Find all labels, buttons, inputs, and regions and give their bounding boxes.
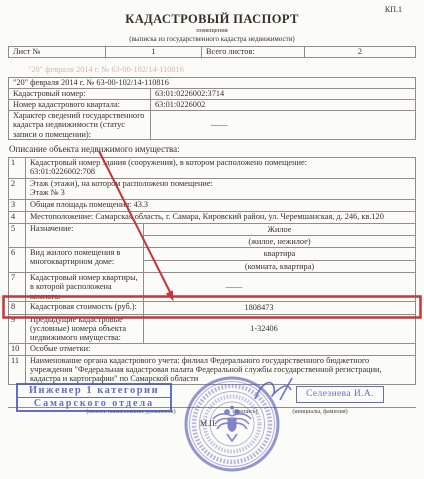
building-cadastral-number-value: 63:01:0226002:708 <box>30 167 411 176</box>
date-row: "20" февраля 2014 г. № 63-00-102/14-1108… <box>9 78 416 89</box>
row-number: 1 <box>9 158 26 179</box>
previous-numbers-value: 1-32406 <box>144 314 416 343</box>
scan-ghost-text: "20" февраля 2014 г. № 63-00-102/14-1108… <box>28 65 184 74</box>
document-title: КАДАСТРОВЫЙ ПАСПОРТ <box>0 12 424 27</box>
sheet-count-row: Лист № 1 Всего листов: 2 <box>9 47 416 58</box>
description-heading: Описание объекта недвижимого имущества: <box>9 144 180 154</box>
quarter-number-value: 63:01:0226002 <box>151 100 416 111</box>
row-number: 9 <box>9 314 26 343</box>
table-row: 3 Общая площадь помещения: 43.3 <box>9 200 416 212</box>
row-number: 3 <box>9 200 26 212</box>
table-row: 10 Особые отметки: <box>9 343 416 355</box>
table-row: 1 Кадастровый номер здания (сооружения),… <box>9 158 416 179</box>
record-status-label: Характер сведений государственного кадас… <box>9 111 151 140</box>
table-row: 7 Кадастровый номер квартиры, в которой … <box>9 273 416 302</box>
previous-numbers-label: Предыдущие кадастровые (условные) номера… <box>26 314 144 343</box>
position-stamp-line1: Инженер 1 категории <box>18 385 170 398</box>
location-text: Местоположение: Самарская область, г. Са… <box>26 212 416 224</box>
table-row: 5 Назначение: Жилое (жилое, нежилое) <box>9 224 416 248</box>
floor-cell: Этаж (этажи), на котором расположено пом… <box>26 179 416 200</box>
position-stamp: Инженер 1 категории Самарского отдела <box>16 383 172 412</box>
cadastral-number-label: Кадастровый номер: <box>9 89 151 100</box>
row-number: 2 <box>9 179 26 200</box>
table-row: 6 Вид жилого помещения в многоквартирном… <box>9 248 416 273</box>
row-number: 7 <box>9 273 26 302</box>
purpose-label: Назначение: <box>26 224 144 248</box>
cadastral-passport-scan: КП.1 КАДАСТРОВЫЙ ПАСПОРТ помещения (выпи… <box>0 0 424 479</box>
cadastral-value-amount: 1808473 <box>144 301 416 314</box>
cadastral-number-value: 63:01:0226002:3714 <box>151 89 416 100</box>
total-sheets-label: Всего листов: <box>202 47 305 58</box>
total-sheets-value: 2 <box>305 47 416 58</box>
sheet-number-value: 1 <box>106 47 202 58</box>
record-status-row: Характер сведений государственного кадас… <box>9 111 416 140</box>
cadastral-value-label: Кадастровая стоимость (руб.): <box>26 301 144 314</box>
special-notes-text: Особые отметки: <box>26 343 416 355</box>
floor-value: Этаж № 3 <box>30 188 411 197</box>
row-number: 4 <box>9 212 26 224</box>
purpose-value: Жилое <box>144 224 415 236</box>
apartment-number-value: —— <box>144 273 416 302</box>
dwelling-type-hint: (комната, квартира) <box>144 261 415 272</box>
name-stamp: Селезнева И.А. <box>296 386 384 403</box>
cadastral-number-row: Кадастровый номер: 63:01:0226002:3714 <box>9 89 416 100</box>
sheet-number-label: Лист № <box>9 47 106 58</box>
record-status-value: —— <box>151 111 416 140</box>
row-number: 6 <box>9 248 26 273</box>
building-cadastral-number-label: Кадастровый номер здания (сооружения), в… <box>30 158 411 167</box>
building-cadastral-number-cell: Кадастровый номер здания (сооружения), в… <box>26 158 416 179</box>
position-stamp-line2: Самарского отдела <box>18 398 170 410</box>
cadastral-value-row: 8 Кадастровая стоимость (руб.): 1808473 <box>9 301 416 314</box>
document-subtitle: помещения <box>0 27 424 34</box>
dwelling-type-value: квартира <box>144 248 415 261</box>
dwelling-type-value-cell: квартира (комната, квартира) <box>144 248 416 273</box>
dwelling-type-label: Вид жилого помещения в многоквартирном д… <box>26 248 144 273</box>
quarter-number-row: Номер кадастрового квартала: 63:01:02260… <box>9 100 416 111</box>
row-number: 11 <box>9 355 26 384</box>
round-seal-stamp <box>170 374 294 479</box>
row-number: 10 <box>9 343 26 355</box>
sheet-count-table: Лист № 1 Всего листов: 2 <box>8 46 416 58</box>
purpose-hint: (жилое, нежилое) <box>144 236 415 247</box>
row-number: 8 <box>9 301 26 314</box>
date-line: "20" февраля 2014 г. № 63-00-102/14-1108… <box>9 78 416 89</box>
table-row: 11 Наименование органа кадастрового учет… <box>9 355 416 384</box>
row-number: 5 <box>9 224 26 248</box>
registration-authority-text: Наименование органа кадастрового учета: … <box>26 355 416 384</box>
table-row: 9 Предыдущие кадастровые (условные) номе… <box>9 314 416 343</box>
table-row: 2 Этаж (этажи), на котором расположено п… <box>9 179 416 200</box>
apartment-number-label: Кадастровый номер квартиры, в которой ра… <box>26 273 144 302</box>
seal-place-mark: М.П. <box>200 419 217 428</box>
purpose-value-cell: Жилое (жилое, нежилое) <box>144 224 416 248</box>
object-description-table: 1 Кадастровый номер здания (сооружения),… <box>8 157 416 385</box>
document-subtitle-note: (выписка из государственного кадастра не… <box>0 35 424 43</box>
total-area-text: Общая площадь помещения: 43.3 <box>26 200 416 212</box>
table-row: 4 Местоположение: Самарская область, г. … <box>9 212 416 224</box>
document-header-table: "20" февраля 2014 г. № 63-00-102/14-1108… <box>8 77 416 140</box>
floor-label: Этаж (этажи), на котором расположено пом… <box>30 179 411 188</box>
name-caption: (инициалы, фамилия) <box>270 409 370 415</box>
quarter-number-label: Номер кадастрового квартала: <box>9 100 151 111</box>
